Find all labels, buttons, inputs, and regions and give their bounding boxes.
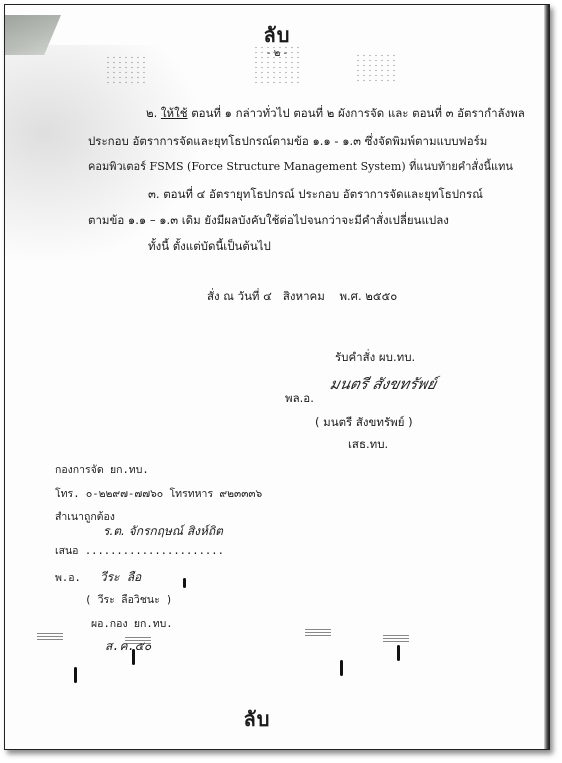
scan-artifact [74,667,77,683]
submit-label: เสนอ [55,545,78,557]
signatory-signature: มนตรี สังขทรัพย์ [330,377,436,392]
footer-certifier: ร.ต. จักรกฤษณ์ สิงห์ถิต [103,524,223,538]
footer-submit: เสนอ ...................... [55,544,224,558]
page-edge-shadow [544,5,549,749]
received-order: รับคำสั่ง ผบ.ทบ. [335,350,415,364]
paragraph-3-line-2: ตามข้อ ๑.๑ – ๑.๓ เดิม ยังมีผลบังคับใช้ต่… [88,213,449,227]
footer-phone: โทร. ๐-๒๒๙๗-๗๗๖๐ โทรทหาร ๙๒๓๓๓๖ [55,487,262,501]
scan-artifact [37,633,63,641]
approver-signature: วีระ ลือ [100,570,141,584]
footer-certified-copy: สำเนาถูกต้อง [55,510,115,524]
scan-artifact [305,629,331,637]
order-date: สั่ง ณ วันที่ ๔ สิงหาคม พ.ศ. ๒๕๕๐ [207,289,397,303]
paragraph-text: ตอนที่ ๑ กล่าวทั่วไป ตอนที่ ๒ ผังการจัด … [191,106,525,120]
approver-rank: พ.อ. [55,572,81,584]
document-page: ลับ - ๒ - ๒. ให้ใช้ ตอนที่ ๑ กล่าวทั่วไป… [4,4,550,750]
scan-artifact [397,645,400,661]
handwritten-signature: มนตรี สังขทรัพย์ [329,377,438,391]
scan-artifact [132,649,135,665]
order-date-prefix: สั่ง ณ วันที่ [207,289,260,303]
page-number: - ๒ - [5,47,549,61]
paragraph-2-line-2: ประกอบ อัตราการจัดและยุทโธปกรณ์ตามข้อ ๑.… [88,134,487,148]
approver-line: พ.อ. วีระ ลือ [55,570,141,585]
order-date-day: ๔ [263,289,272,303]
paragraph-text: ตอนที่ ๔ อัตรายุทโธปกรณ์ ประกอบ อัตราการ… [163,187,483,201]
signatory-rank: พล.อ. [285,391,314,405]
classification-bottom: ลับ [4,703,529,735]
scan-artifact [340,660,343,676]
paragraph-3-line-1: ๓. ตอนที่ ๔ อัตรายุทโธปกรณ์ ประกอบ อัตรา… [148,187,483,201]
scan-artifact [183,578,186,588]
scan-artifact [125,637,151,645]
paragraph-emphasis: ให้ใช้ [161,106,188,120]
signatory-name: ( มนตรี สังขทรัพย์ ) [315,415,413,429]
approver-name: ( วีระ ลือวิชนะ ) [85,593,172,607]
submit-dots: ...................... [85,545,224,557]
paragraph-number: ๓. [148,187,160,201]
paragraph-2-line-1: ๒. ให้ใช้ ตอนที่ ๑ กล่าวทั่วไป ตอนที่ ๒ … [146,106,525,120]
paragraph-2-line-3: คอมพิวเตอร์ FSMS (Force Structure Manage… [88,160,513,174]
paragraph-number: ๒. [146,106,157,120]
effective-line: ทั้งนี้ ตั้งแต่บัดนี้เป็นต้นไป [148,239,271,253]
certifier-handwriting: ร.ต. จักรกฤษณ์ สิงห์ถิต [103,524,223,538]
order-date-month: สิงหาคม [283,289,325,303]
footer-department: กองการจัด ยก.ทบ. [55,463,149,477]
approver-position: ผอ.กอง ยก.ทบ. [91,617,173,631]
signatory-position: เสธ.ทบ. [348,437,388,451]
order-date-year: พ.ศ. ๒๕๕๐ [339,289,397,303]
scan-artifact [383,635,409,643]
